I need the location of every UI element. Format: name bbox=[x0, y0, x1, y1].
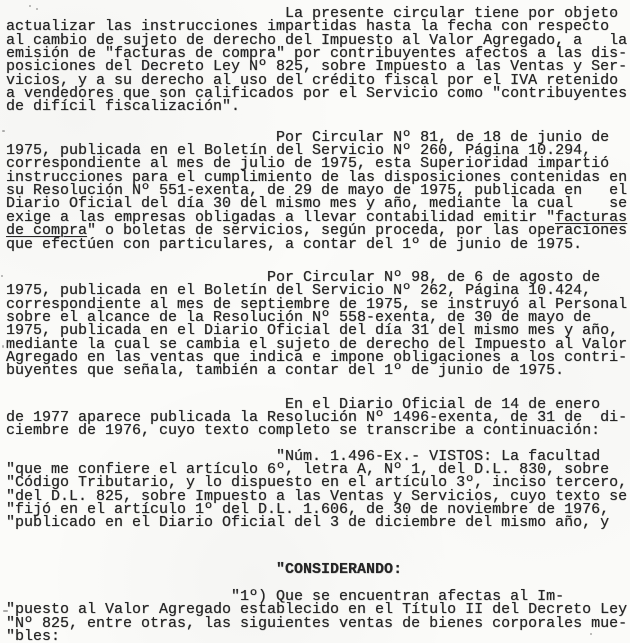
document-line: buyentes que señala, también a contar de… bbox=[6, 364, 630, 377]
scan-speck bbox=[3, 610, 8, 612]
document-line: "Nº 825, entre otras, las siguientes ven… bbox=[6, 617, 630, 630]
scan-speck bbox=[36, 8, 38, 10]
document-line: "publicado en el Diario Oficial del 3 de… bbox=[6, 516, 630, 529]
paragraph-considerando-1: "1º) Que se encuentran afectas al Im-"pu… bbox=[6, 590, 630, 643]
paragraph-objeto: La presente circular tiene por objetoact… bbox=[6, 7, 630, 114]
scan-speck bbox=[612, 12, 614, 14]
document-line: "bles: bbox=[6, 630, 630, 643]
scanned-document-page: La presente circular tiene por objetoact… bbox=[0, 0, 630, 643]
scan-speck bbox=[1, 275, 3, 277]
document-line: que efectúen con particulares, a contar … bbox=[6, 238, 630, 251]
document-line: "CONSIDERANDO: bbox=[6, 563, 630, 576]
scan-speck bbox=[590, 633, 592, 635]
document-line: ciembre de 1976, cuyo texto completo se … bbox=[6, 424, 630, 437]
paragraph-resolucion-1496-publicacion: En el Diario Oficial de 14 de enerode 19… bbox=[6, 398, 630, 438]
paragraph-vistos: "Núm. 1.496-Ex.- VISTOS: La facultad"que… bbox=[6, 450, 630, 530]
document-body: La presente circular tiene por objetoact… bbox=[6, 7, 630, 643]
scan-speck bbox=[2, 345, 4, 348]
scan-speck bbox=[29, 5, 31, 7]
heading-considerando: "CONSIDERANDO: bbox=[6, 563, 630, 576]
document-line: de difícil fiscalización". bbox=[6, 100, 630, 113]
paragraph-circular-81: Por Circular Nº 81, de 18 de junio de197… bbox=[6, 131, 630, 251]
paragraph-circular-98: Por Circular Nº 98, de 6 de agosto de197… bbox=[6, 271, 630, 378]
scan-speck bbox=[2, 130, 5, 132]
